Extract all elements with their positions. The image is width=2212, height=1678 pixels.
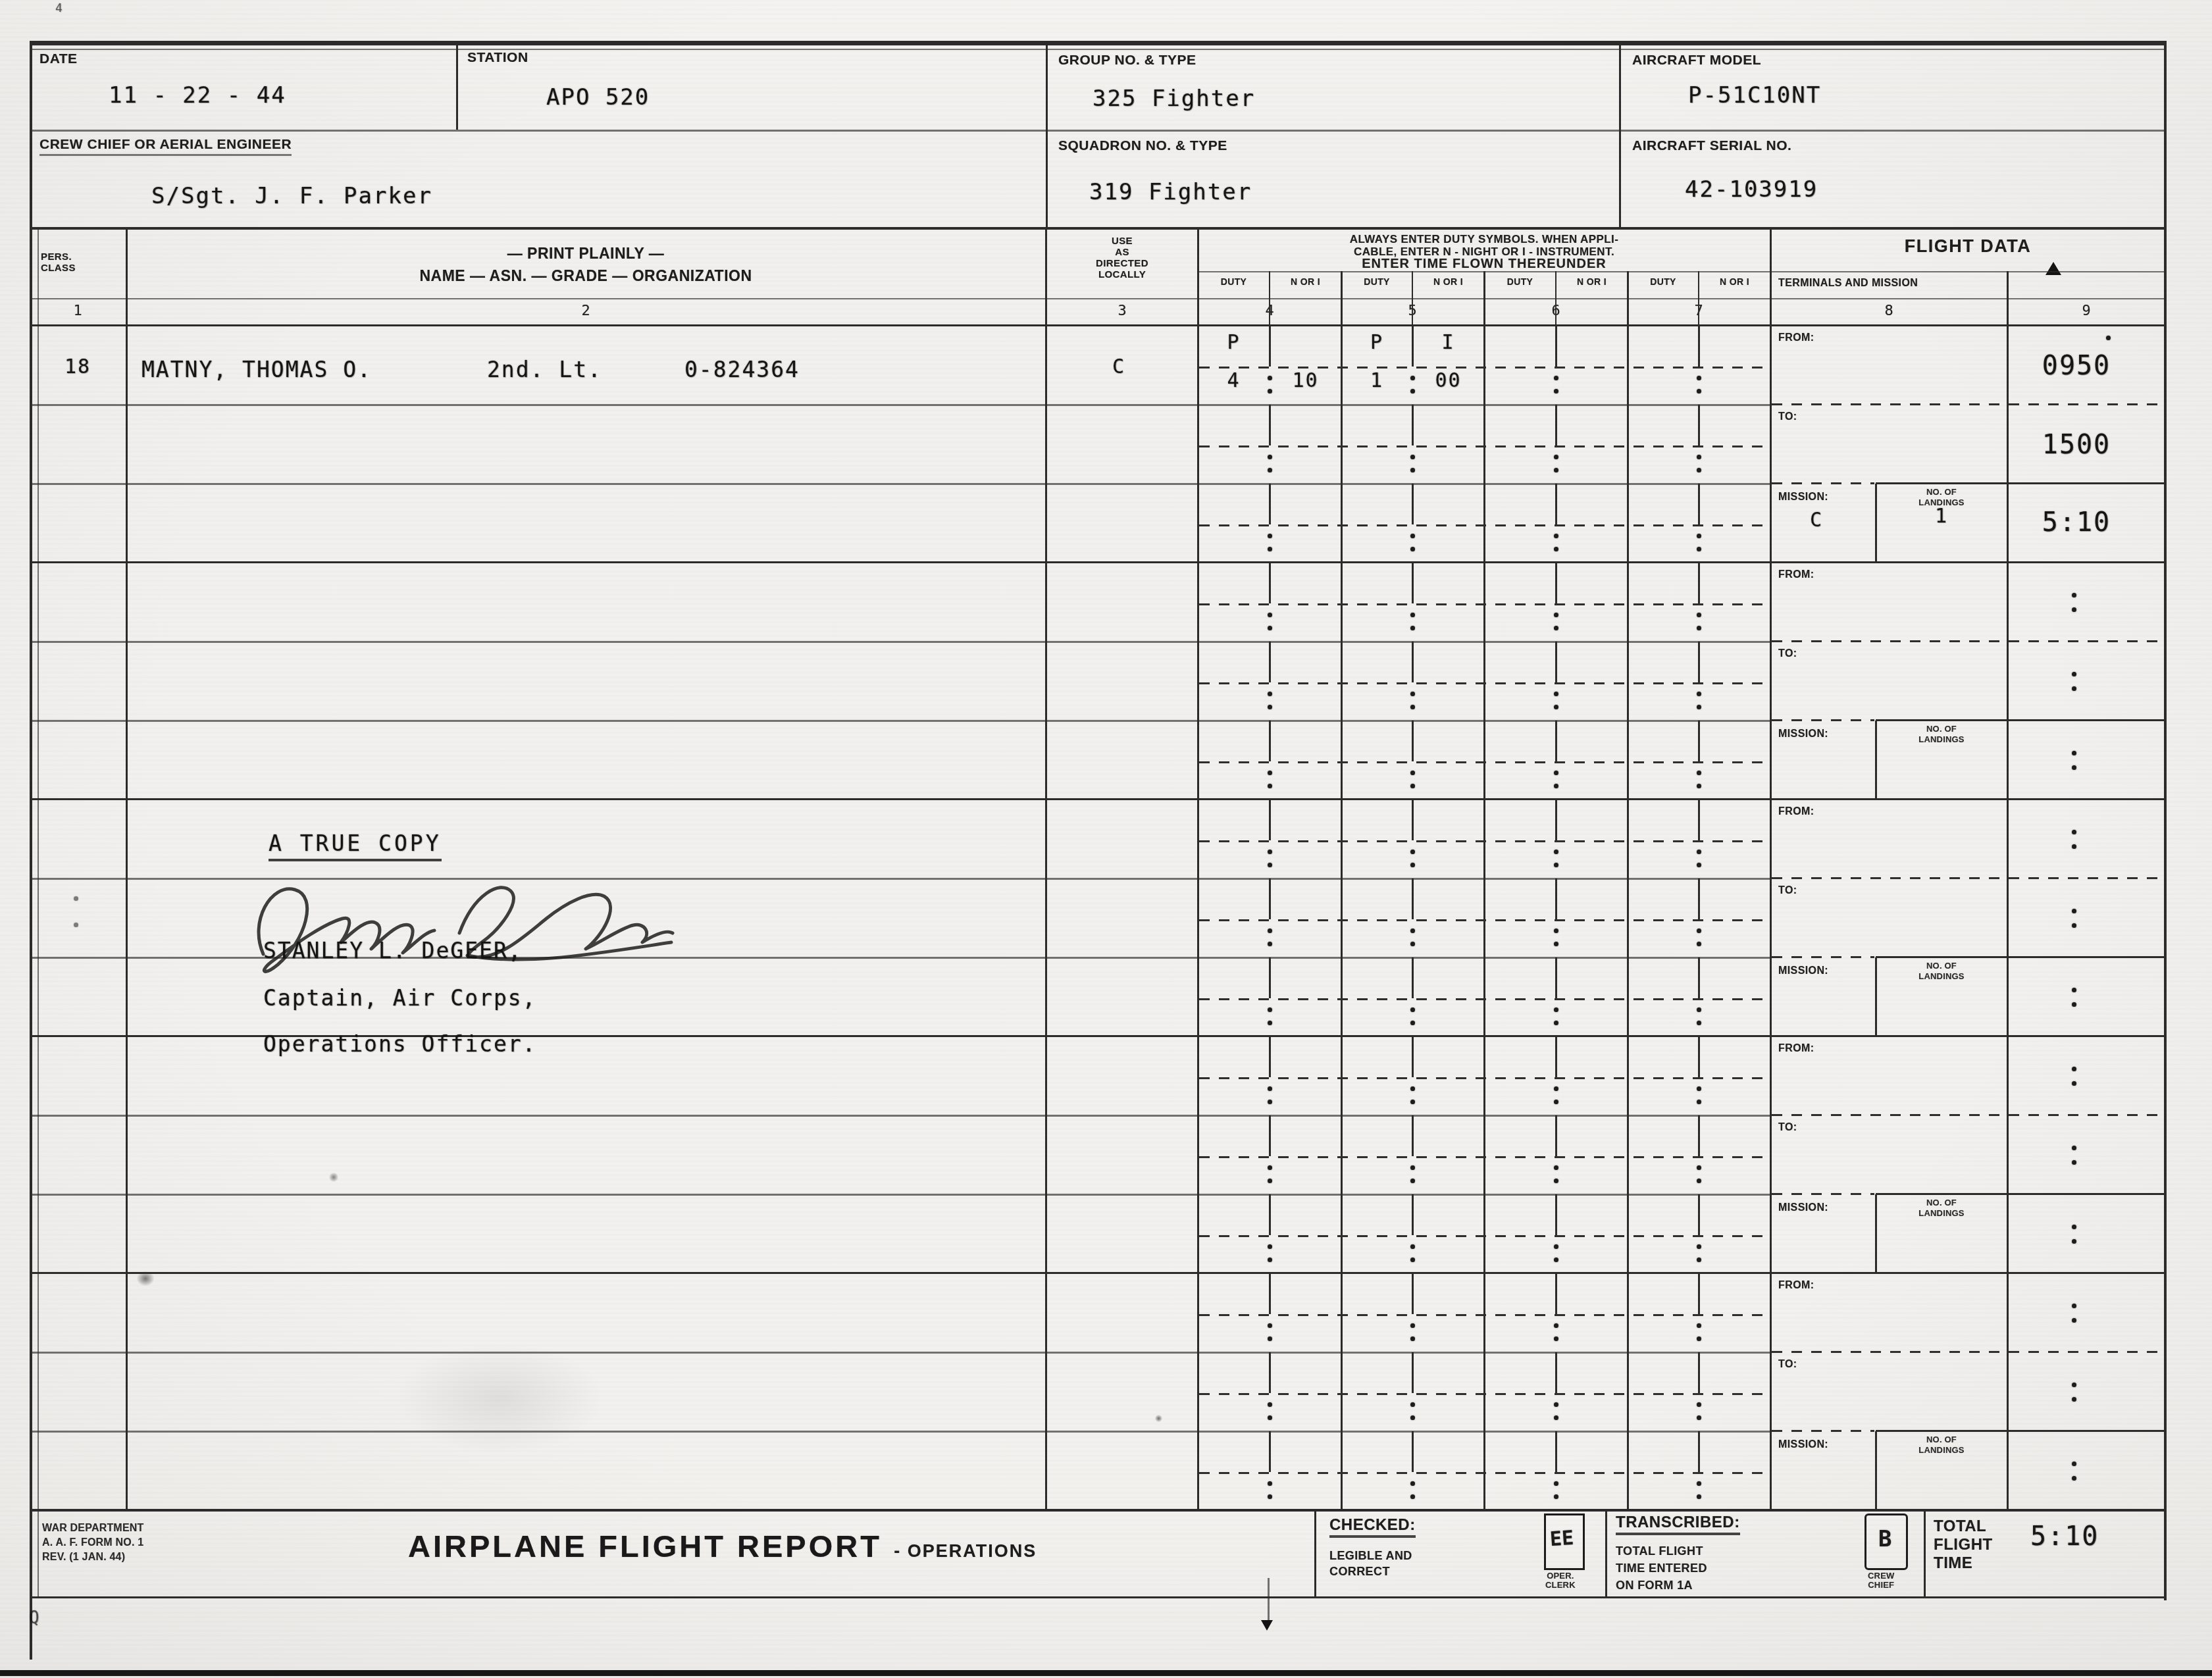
duty-mid-divider: [1555, 1115, 1557, 1156]
form-title: AIRPLANE FLIGHT REPORT - OPERATIONS: [408, 1528, 1037, 1564]
oper-clerk-caption: OPER. CLERK: [1545, 1571, 1576, 1590]
duty-colon-dot: [1554, 1494, 1558, 1499]
duty-colon-dot: [1410, 863, 1415, 867]
duty-colon-dot: [1554, 613, 1558, 617]
duty-colon-dot: [1410, 468, 1415, 472]
crew-caption-2: CHIEF: [1868, 1580, 1894, 1590]
duty-colon-dot: [1268, 928, 1272, 933]
landings-box-top-line: [1876, 1193, 2165, 1195]
from-label: FROM:: [1778, 332, 1814, 343]
duty-colon-dot: [1268, 626, 1272, 630]
to-label: TO:: [1778, 1122, 1797, 1133]
from-to-dashed-line: [1772, 640, 2164, 642]
name-asn-grade-header: NAME — ASN. — GRADE — ORGANIZATION: [419, 267, 752, 284]
duty-mid-divider: [1269, 721, 1271, 761]
col1-col2-divider: [126, 229, 128, 1510]
flight-report-scan: 4 DATE 11 - 22 - 44 STATION APO 520 GROU…: [0, 0, 2212, 1678]
duty-colon-dot: [1697, 1021, 1701, 1025]
duty-n-or-i: I: [1441, 331, 1454, 354]
duty-colon-dot: [1697, 1165, 1701, 1170]
duty-mid-divider: [1412, 1352, 1414, 1393]
duty-colon-dot: [1268, 771, 1272, 775]
from-to-dashed-line: [1772, 1351, 2164, 1353]
landings-box-top-line: [1876, 956, 2165, 958]
n-or-i-subheader: N OR I: [1433, 276, 1463, 288]
duty-hours: 1: [1370, 369, 1383, 392]
duty-mid-divider: [1698, 405, 1700, 445]
agency-line: WAR DEPARTMENT: [42, 1523, 144, 1534]
mission-label: MISSION:: [1778, 492, 1828, 503]
terminals-mission-header: TERMINALS AND MISSION: [1778, 278, 1918, 289]
duty-colon-dot: [1268, 1336, 1272, 1341]
duty-mid-divider: [1269, 563, 1271, 603]
duty-colon-dot: [1697, 389, 1701, 394]
duty-mid-divider: [1555, 642, 1557, 682]
duty-mid-divider: [1269, 800, 1271, 840]
duty-colon-dot: [1410, 534, 1415, 538]
date-station-divider: [456, 45, 458, 130]
duty-mid-divider: [1412, 642, 1414, 682]
duty-colon-dot: [1554, 784, 1558, 788]
time-colon-dot: [2072, 1146, 2076, 1150]
no-of-landings-label-2: LANDINGS: [1918, 735, 1965, 744]
duty-mid-divider: [1269, 957, 1271, 998]
duty-colon-dot: [1410, 1323, 1415, 1328]
total-line1: TOTAL: [1934, 1517, 1986, 1535]
no-of-landings-label-2: LANDINGS: [1918, 1209, 1965, 1218]
duty-colon-dot: [1410, 1007, 1415, 1012]
bottom-left-mark: Q: [29, 1608, 41, 1628]
stain-speck-3: [1155, 1415, 1162, 1422]
duty-dashed-line: [1199, 1393, 1769, 1395]
from-to-dashed-line: [1772, 1114, 2164, 1116]
duty-mid-divider: [1555, 1431, 1557, 1472]
use-line1: USE: [1112, 236, 1133, 247]
duty-colon-dot: [1697, 1494, 1701, 1499]
duty-colon-dot: [1554, 468, 1558, 472]
print-plainly-header: — PRINT PLAINLY — NAME — ASN. — GRADE — …: [419, 242, 752, 287]
duty-mid-divider: [1698, 326, 1700, 367]
duty-mid-divider: [1412, 484, 1414, 524]
duty-mid-divider: [1555, 484, 1557, 524]
subrow-line: [30, 720, 1770, 722]
duty-colon-dot: [1268, 547, 1272, 551]
duty-mid-divider: [1412, 326, 1414, 367]
duty-mid-divider: [1555, 957, 1557, 998]
duty-dashed-line: [1199, 1235, 1769, 1237]
duty-colon-dot: [1554, 1165, 1558, 1170]
use-code-value: C: [1112, 355, 1125, 378]
crew-chief-initials: B: [1878, 1526, 1891, 1552]
no-of-landings-label-1: NO. OF: [1926, 1198, 1957, 1208]
duty-colon-dot: [1697, 1007, 1701, 1012]
duty-symbol: P: [1370, 331, 1383, 354]
duty-mid-divider: [1269, 1431, 1271, 1472]
duty-dashed-line: [1199, 445, 1769, 447]
time-colon-dot: [2072, 1160, 2076, 1165]
block-boundary-line: [30, 798, 2165, 800]
duty-colon-dot: [1554, 850, 1558, 854]
duty-colon-dot: [1697, 850, 1701, 854]
duty-colon-dot: [1697, 1258, 1701, 1262]
landings-box-top-line: [1876, 719, 2165, 721]
duty-mid-divider: [1698, 1115, 1700, 1156]
duty-mid-divider-header: [1412, 271, 1413, 326]
duty-mid-divider: [1412, 405, 1414, 445]
subrow-line: [30, 404, 1770, 406]
to-mission-dashed-line: [1772, 1430, 1874, 1432]
flight-duration-value: 5:10: [2042, 507, 2111, 538]
pilot-grade: 2nd. Lt.: [487, 357, 602, 382]
crew-caption-1: CREW: [1868, 1571, 1895, 1581]
subrow-line: [30, 1194, 1770, 1196]
header-row-divider: [30, 130, 2165, 132]
duty-mid-divider: [1698, 563, 1700, 603]
duty-colon-dot: [1554, 1258, 1558, 1262]
duty-colon-dot: [1554, 389, 1558, 394]
no-of-landings-label-2: LANDINGS: [1918, 972, 1965, 981]
duty-colon-dot: [1697, 1336, 1701, 1341]
mission-label: MISSION:: [1778, 728, 1828, 740]
total-flight-time-label: TOTAL FLIGHT TIME: [1934, 1517, 1993, 1573]
time-stray-dot: [2106, 336, 2111, 340]
duty-mid-divider: [1698, 1431, 1700, 1472]
duty-colon-dot: [1697, 1481, 1701, 1486]
group-label: GROUP NO. & TYPE: [1058, 53, 1196, 68]
station-group-divider: [1046, 45, 1048, 227]
time-colon-dot: [2072, 1304, 2076, 1308]
duty-colon-dot: [1410, 1402, 1415, 1407]
duty-colon-dot: [1554, 692, 1558, 696]
aircraft-model-value: P-51C10NT: [1688, 82, 1821, 109]
no-of-landings-label-1: NO. OF: [1926, 725, 1957, 734]
col7-col8-divider: [1770, 229, 1772, 1510]
duty-colon-dot: [1410, 1021, 1415, 1025]
duty-mid-divider: [1269, 1115, 1271, 1156]
duty-colon-dot: [1410, 1415, 1415, 1420]
duty-mid-divider: [1555, 1194, 1557, 1235]
duty-mid-divider: [1269, 326, 1271, 367]
duty-mid-divider: [1412, 1431, 1414, 1472]
from-label: FROM:: [1778, 569, 1814, 580]
duty-mid-divider: [1555, 563, 1557, 603]
use-as-directed-header: USE AS DIRECTED LOCALLY: [1096, 236, 1148, 280]
print-plainly-line: — PRINT PLAINLY —: [507, 245, 665, 262]
duty-colon-dot: [1268, 455, 1272, 459]
duty-mid-divider: [1269, 642, 1271, 682]
subrow-line: [30, 483, 1770, 485]
transcribed-sub2: TIME ENTERED: [1616, 1562, 1707, 1575]
total-line2: FLIGHT: [1934, 1536, 1993, 1554]
duty-colon-dot: [1554, 771, 1558, 775]
to-label: TO:: [1778, 648, 1797, 659]
form-title-main: AIRPLANE FLIGHT REPORT: [408, 1529, 882, 1564]
time-colon-dot: [2072, 1002, 2076, 1007]
duty-colon-dot: [1268, 784, 1272, 788]
time-colon-dot: [2072, 1383, 2076, 1387]
n-or-i-subheader: N OR I: [1577, 276, 1607, 288]
duty-mid-divider: [1269, 1194, 1271, 1235]
duty-dashed-line: [1199, 919, 1769, 921]
landings-box-top-line: [1876, 482, 2165, 484]
squadron-label: SQUADRON NO. & TYPE: [1058, 138, 1227, 154]
oper-clerk-stamp-box: EE: [1544, 1513, 1585, 1570]
duty-mid-divider: [1698, 957, 1700, 998]
duty-colon-dot: [1410, 1481, 1415, 1486]
crew-chief-label: CREW CHIEF OR AERIAL ENGINEER: [39, 137, 292, 156]
use-line3: DIRECTED: [1096, 258, 1148, 269]
oper-caption-2: CLERK: [1545, 1580, 1576, 1590]
mission-value: C: [1810, 509, 1823, 532]
time-colon-dot: [2072, 909, 2076, 913]
duty-colon-dot: [1697, 942, 1701, 946]
duty-colon-dot: [1554, 1179, 1558, 1183]
mission-label: MISSION:: [1778, 965, 1828, 977]
duty-mid-divider: [1412, 800, 1414, 840]
landings-value: 1: [1935, 505, 1948, 528]
subrow-line: [30, 1352, 1770, 1354]
column-number: 3: [1118, 303, 1126, 319]
pers-line1: PERS.: [41, 251, 72, 263]
duty-colon-dot: [1554, 1244, 1558, 1249]
duty-colon-dot: [1554, 1323, 1558, 1328]
duty-colon-dot: [1410, 784, 1415, 788]
duty-colon-dot: [1268, 1415, 1272, 1420]
to-time-value: 1500: [2042, 430, 2111, 460]
col2-col3-divider: [1045, 229, 1047, 1510]
duty-colon-dot: [1697, 1402, 1701, 1407]
duty-mid-divider: [1698, 721, 1700, 761]
duty-colon-dot: [1554, 1021, 1558, 1025]
duty-colon-dot: [1268, 534, 1272, 538]
duty-colon-dot: [1268, 692, 1272, 696]
time-colon-dot: [2072, 1318, 2076, 1323]
signer-name: STANLEY L. DeGEER,: [263, 938, 523, 963]
duty-dashed-line: [1199, 761, 1769, 763]
from-label: FROM:: [1778, 1043, 1814, 1054]
duty-colon-dot: [1554, 1007, 1558, 1012]
column-number: 9: [2082, 303, 2090, 319]
n-or-i-subheader: N OR I: [1291, 276, 1320, 288]
duty-colon-dot: [1554, 376, 1558, 380]
total-flight-time-value: 5:10: [2030, 1521, 2099, 1552]
duty-mid-divider: [1698, 800, 1700, 840]
landings-box-left-edge: [1875, 957, 1877, 1036]
duty-mid-divider: [1412, 1036, 1414, 1077]
to-mission-dashed-line: [1772, 956, 1874, 958]
duty-mid-divider: [1269, 878, 1271, 919]
pers-class-value: 18: [64, 355, 91, 378]
duty-colon-dot: [1268, 1100, 1272, 1104]
duty-mid-divider: [1269, 405, 1271, 445]
landings-box-left-edge: [1875, 721, 1877, 800]
subrow-line: [30, 1115, 1770, 1117]
form-number-line: A. A. F. FORM NO. 1: [42, 1537, 143, 1548]
duty-colon-dot: [1554, 455, 1558, 459]
header-bottom-line: [30, 227, 2165, 230]
duty-mid-divider: [1555, 878, 1557, 919]
duty-mid-divider: [1698, 484, 1700, 524]
time-colon-dot: [2072, 988, 2076, 992]
form-title-suffix: - OPERATIONS: [894, 1541, 1037, 1561]
n-or-i-subheader: N OR I: [1720, 276, 1749, 288]
duty-minutes: 10: [1292, 369, 1318, 392]
checked-sub2: CORRECT: [1329, 1565, 1390, 1578]
transcribed-sub1: TOTAL FLIGHT: [1616, 1544, 1703, 1558]
border-right: [2164, 41, 2167, 1600]
duty-colon-dot: [1697, 1179, 1701, 1183]
duty-mid-divider: [1269, 1352, 1271, 1393]
transcribed-box-divider: [1605, 1510, 1607, 1598]
duty-subheader-line: [1198, 271, 2165, 272]
duty-colon-dot: [1697, 1244, 1701, 1249]
duty-colon-dot: [1410, 376, 1415, 380]
duty-colon-dot: [1268, 1258, 1272, 1262]
border-left-echo: [38, 229, 39, 1598]
duty-colon-dot: [1268, 1021, 1272, 1025]
time-colon-dot: [2072, 1239, 2076, 1244]
duty-mid-divider-header: [1698, 271, 1699, 326]
crew-chief-caption: CREW CHIEF: [1868, 1571, 1895, 1590]
signature-degeer: [237, 855, 684, 1000]
duty-mid-divider: [1555, 721, 1557, 761]
stain-smudge: [395, 1342, 605, 1454]
duty-colon-dot: [1554, 547, 1558, 551]
duty-colon-dot: [1697, 455, 1701, 459]
duty-colon-dot: [1410, 942, 1415, 946]
col3-col4-divider: [1197, 229, 1199, 1510]
time-colon-dot: [2072, 1225, 2076, 1229]
duty-colon-dot: [1697, 1086, 1701, 1091]
block-boundary-line: [30, 1272, 2165, 1274]
duty-mid-divider: [1698, 642, 1700, 682]
duty-colon-dot: [1554, 626, 1558, 630]
duty-colon-dot: [1410, 1100, 1415, 1104]
revision-line: REV. (1 JAN. 44): [42, 1552, 125, 1563]
landings-box-top-line: [1876, 1430, 2165, 1432]
from-time-value: 0950: [2042, 351, 2111, 381]
duty-colon-dot: [1410, 1336, 1415, 1341]
duty-colon-dot: [1554, 942, 1558, 946]
signer-rank: Captain, Air Corps,: [263, 985, 537, 1011]
from-label: FROM:: [1778, 1280, 1814, 1291]
bottom-center-arrow: [1261, 1620, 1273, 1631]
duty-colon-dot: [1410, 1086, 1415, 1091]
oper-caption-1: OPER.: [1547, 1571, 1574, 1581]
duty-mid-divider: [1698, 1273, 1700, 1314]
duty-colon-dot: [1554, 863, 1558, 867]
duty-colon-dot: [1410, 705, 1415, 709]
duty-mid-divider: [1269, 484, 1271, 524]
duty-colon-dot: [1268, 850, 1272, 854]
checked-box-divider: [1314, 1510, 1316, 1598]
duty-colon-dot: [1554, 1402, 1558, 1407]
to-label: TO:: [1778, 885, 1797, 896]
duty-colon-dot: [1268, 705, 1272, 709]
stray-colon-dot-2: [74, 923, 78, 927]
column-number: 2: [581, 303, 590, 319]
duty-colon-dot: [1697, 534, 1701, 538]
checked-label: CHECKED:: [1329, 1517, 1416, 1538]
duty-mid-divider: [1555, 800, 1557, 840]
group-value: 325 Fighter: [1093, 86, 1255, 112]
duty-mid-divider: [1555, 1352, 1557, 1393]
duty-mid-divider: [1698, 1352, 1700, 1393]
to-mission-dashed-line: [1772, 719, 1874, 721]
border-left: [30, 41, 32, 1660]
duty-mid-divider: [1698, 1194, 1700, 1235]
duty-colon-dot: [1268, 1494, 1272, 1499]
duty-colon-dot: [1268, 863, 1272, 867]
duty-colon-dot: [1410, 455, 1415, 459]
to-label: TO:: [1778, 411, 1797, 422]
duty-colon-dot: [1410, 389, 1415, 394]
transcribed-sub: TOTAL FLIGHT TIME ENTERED ON FORM 1A: [1616, 1542, 1707, 1594]
time-colon-dot: [2072, 1462, 2076, 1466]
duty-mid-divider: [1412, 721, 1414, 761]
duty-mid-divider: [1698, 1036, 1700, 1077]
duty-colon-dot: [1268, 468, 1272, 472]
time-colon-dot: [2072, 686, 2076, 691]
station-value: APO 520: [546, 84, 650, 111]
duty-colon-dot: [1697, 1415, 1701, 1420]
duty-colon-dot: [1697, 613, 1701, 617]
aircraft-serial-label: AIRCRAFT SERIAL NO.: [1632, 138, 1791, 154]
time-colon-dot: [2072, 1397, 2076, 1402]
time-colon-dot: [2072, 1476, 2076, 1481]
col8-col9-divider: [2007, 271, 2009, 1510]
duty-colon-dot: [1268, 389, 1272, 394]
use-line4: LOCALLY: [1098, 269, 1146, 280]
duty-colon-dot: [1554, 534, 1558, 538]
border-top-echo: [30, 49, 2165, 50]
triangle-artifact: [2045, 262, 2061, 275]
mission-label: MISSION:: [1778, 1439, 1828, 1450]
duty-mid-divider-header: [1269, 271, 1270, 326]
time-colon-dot: [2072, 923, 2076, 928]
duty-colon-dot: [1697, 784, 1701, 788]
duty-colon-dot: [1697, 705, 1701, 709]
no-of-landings-label-1: NO. OF: [1926, 961, 1957, 971]
duty-colon-dot: [1410, 1258, 1415, 1262]
time-colon-dot: [2072, 593, 2076, 597]
station-label: STATION: [467, 50, 528, 66]
squadron-value: 319 Fighter: [1089, 179, 1252, 205]
to-mission-dashed-line: [1772, 482, 1874, 484]
subrow-line: [30, 641, 1770, 643]
duty-dashed-line: [1199, 682, 1769, 684]
duty-colon-dot: [1554, 1100, 1558, 1104]
duty-dashed-line: [1199, 367, 1769, 369]
duty-subheader: DUTY: [1364, 276, 1390, 288]
duty-dashed-line: [1199, 1077, 1769, 1079]
duty-colon-dot: [1410, 1244, 1415, 1249]
duty-colon-dot: [1697, 928, 1701, 933]
to-mission-dashed-line: [1772, 1193, 1874, 1195]
duty-colon-dot: [1410, 771, 1415, 775]
time-colon-dot: [2072, 844, 2076, 849]
time-colon-dot: [2072, 751, 2076, 755]
duty-mid-divider: [1412, 1273, 1414, 1314]
duty-subheader: DUTY: [1221, 276, 1247, 288]
duty-dashed-line: [1199, 840, 1769, 842]
landings-box-left-edge: [1875, 1431, 1877, 1510]
flight-data-header: FLIGHT DATA: [1905, 238, 2031, 254]
time-colon-dot: [2072, 672, 2076, 676]
date-value: 11 - 22 - 44: [109, 82, 286, 109]
war-department-block: WAR DEPARTMENT A. A. F. FORM NO. 1 REV. …: [42, 1521, 144, 1565]
duty-colon-dot: [1268, 1244, 1272, 1249]
